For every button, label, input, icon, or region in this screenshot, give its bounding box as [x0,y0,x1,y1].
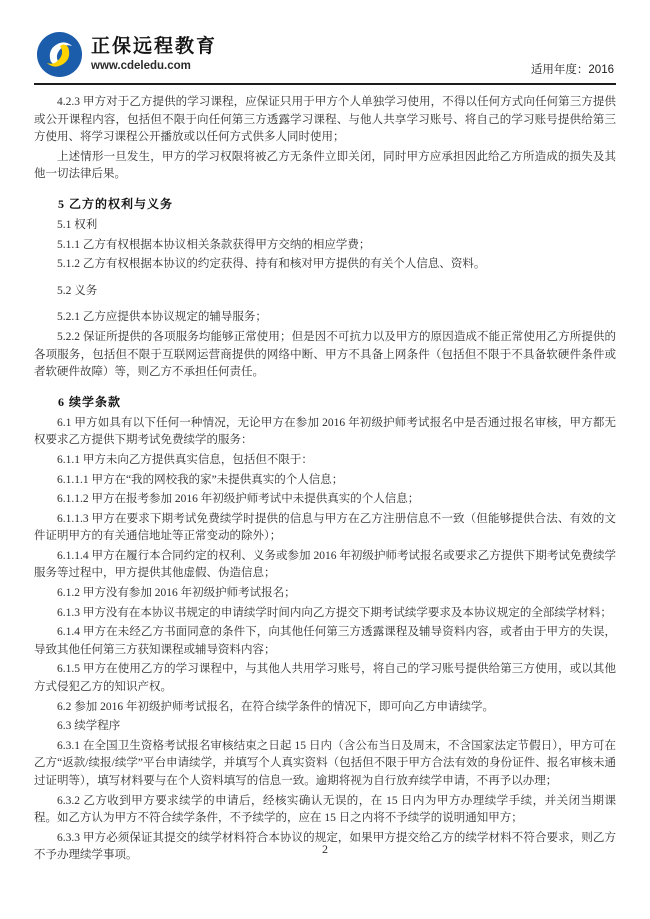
clause-6-3-2: 6.3.2 乙方收到甲方要求续学的申请后，经核实确认无误的，在 15 日内为甲方… [34,793,616,828]
clause-6-3-1: 6.3.1 在全国卫生资格考试报名审核结束之日起 15 日内（含公布当日及周末，… [34,738,616,791]
clause-5-1: 5.1 权利 [34,217,616,235]
clause-5-1-1: 5.1.1 乙方有权根据本协议相关条款获得甲方交纳的相应学费； [34,237,616,255]
clause-4-2-3: 4.2.3 甲方对于乙方提供的学习课程，应保证只用于甲方个人单独学习使用，不得以… [34,94,616,147]
brand-text: 正保远程教育 www.cdeledu.com [91,36,217,73]
applicable-year-label: 适用年度：2016 [531,61,614,78]
clause-5-2: 5.2 义务 [34,283,616,301]
clause-6-1-4: 6.1.4 甲方在未经乙方书面同意的条件下，向其他任何第三方透露课程及辅导资料内… [34,624,616,659]
heading-section-6: 6 续学条款 [34,393,616,411]
document-header: 正保远程教育 www.cdeledu.com 适用年度：2016 [34,0,616,85]
clause-6-1-1-1: 6.1.1.1 甲方在“我的网校我的家”未提供真实的个人信息； [34,472,616,490]
page-number: 2 [0,842,650,857]
clause-4-2-note: 上述情形一旦发生，甲方的学习权限将被乙方无条件立即关闭，同时甲方应承担因此给乙方… [34,149,616,184]
clause-6-1-1-2: 6.1.1.2 甲方在报考参加 2016 年初级护师考试中未提供真实的个人信息； [34,491,616,509]
clause-6-1-1-4: 6.1.1.4 甲方在履行本合同约定的权利、义务或参加 2016 年初级护师考试… [34,548,616,583]
clause-6-1-1-3: 6.1.1.3 甲方在要求下期考试免费续学时提供的信息与甲方在乙方注册信息不一致… [34,511,616,546]
brand-name: 正保远程教育 [91,36,217,58]
clause-6-1-5: 6.1.5 甲方在使用乙方的学习课程中，与其他人共用学习账号，将自己的学习账号提… [34,661,616,696]
document-body: 4.2.3 甲方对于乙方提供的学习课程，应保证只用于甲方个人单独学习使用，不得以… [34,85,616,865]
clause-5-2-2: 5.2.2 保证所提供的各项服务均能够正常使用；但是因不可抗力以及甲方的原因造成… [34,329,616,382]
document-page: 正保远程教育 www.cdeledu.com 适用年度：2016 4.2.3 甲… [0,0,650,919]
clause-6-1-1: 6.1.1 甲方未向乙方提供真实信息，包括但不限于： [34,452,616,470]
clause-6-1-3: 6.1.3 甲方没有在本协议书规定的申请续学时间内向乙方提交下期考试续学要求及本… [34,605,616,623]
heading-section-5: 5 乙方的权利与义务 [34,195,616,213]
clause-6-3: 6.3 续学程序 [34,718,616,736]
clause-6-1-2: 6.1.2 甲方没有参加 2016 年初级护师考试报名； [34,585,616,603]
clause-6-2: 6.2 参加 2016 年初级护师考试报名，在符合续学条件的情况下，即可向乙方申… [34,699,616,717]
clause-6-1: 6.1 甲方如具有以下任何一种情况，无论甲方在参加 2016 年初级护师考试报名… [34,415,616,450]
brand-block: 正保远程教育 www.cdeledu.com [36,31,217,78]
clause-5-2-1: 5.2.1 乙方应提供本协议规定的辅导服务； [34,309,616,327]
brand-url: www.cdeledu.com [91,59,217,73]
company-swirl-logo-icon [36,31,83,78]
clause-5-1-2: 5.1.2 乙方有权根据本协议的约定获得、持有和核对甲方提供的有关个人信息、资料… [34,256,616,274]
